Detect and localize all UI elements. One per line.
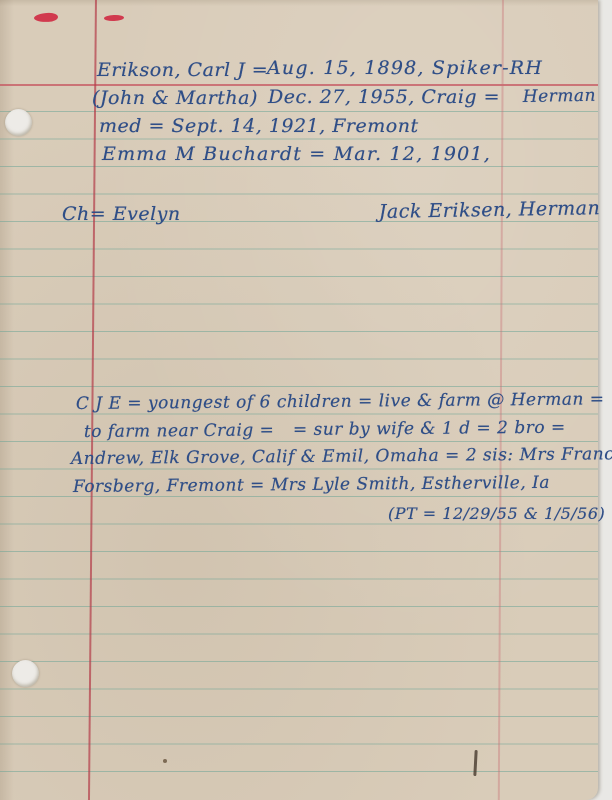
record-marriage-date: med = Sept. 14, 1921, Fremont [99, 115, 419, 137]
notes-line-2-right: = sur by wife & 1 d = 2 bro = [293, 418, 566, 440]
informant-name: Jack Eriksen, Herman [379, 197, 601, 223]
children-entry: Ch= Evelyn [62, 203, 181, 225]
record-parents: (John & Martha) [92, 87, 258, 109]
paper-sheet: Erikson, Carl J = Aug. 15, 1898, Spiker-… [0, 0, 598, 800]
record-place-herman: Herman [523, 86, 597, 107]
record-spouse: Emma M Buchardt = Mar. 12, 1901, [102, 143, 491, 165]
record-name-line: Erikson, Carl J = [97, 59, 268, 81]
punch-hole-bottom [12, 660, 39, 687]
red-dash-mark-icon [104, 15, 124, 22]
notes-line-2-left: to farm near Craig = [84, 420, 275, 442]
source-citation: (PT = 12/29/55 & 1/5/56) [388, 504, 605, 523]
punch-hole-top [5, 109, 32, 136]
scanned-notebook-page: { "doc": { "record": { "line1_left": "Er… [0, 0, 612, 800]
record-birth-date: Aug. 15, 1898, Spiker-RH [267, 57, 543, 79]
notes-line-4: Forsberg, Fremont = Mrs Lyle Smith, Esth… [73, 473, 550, 497]
record-death-date: Dec. 27, 1955, Craig = [268, 86, 500, 108]
paper-speck [163, 759, 167, 763]
red-check-mark-icon [34, 12, 58, 22]
